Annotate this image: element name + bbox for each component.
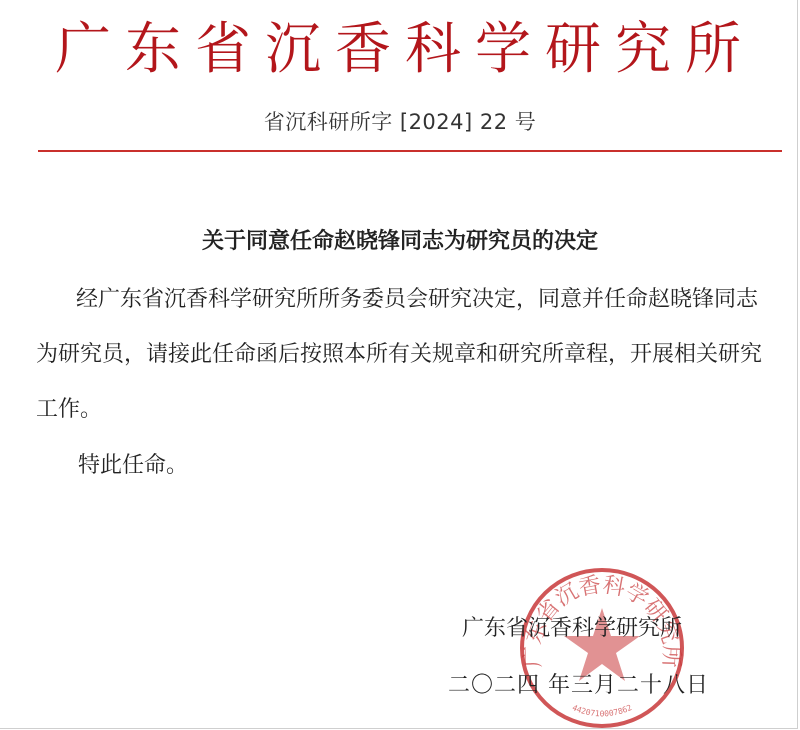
signature-date: 二〇二四 年三月二十八日	[448, 668, 709, 699]
document-number: 省沉科研所字 [2024] 22 号	[0, 106, 800, 136]
signature-organization: 广东省沉香科学研究所	[462, 611, 682, 642]
official-seal-icon: 广东省沉香科学研究所 4420710007862	[512, 560, 692, 730]
svg-text:4420710007862: 4420710007862	[571, 703, 634, 718]
institute-title: 广东省沉香科学研究所	[20, 10, 790, 90]
header-divider	[38, 150, 782, 152]
document-subject: 关于同意任命赵晓锋同志为研究员的决定	[0, 224, 800, 255]
seal-code: 4420710007862	[571, 703, 634, 718]
document-closing: 特此任命。	[78, 448, 188, 479]
document-body: 经广东省沉香科学研究所所务委员会研究决定，同意并任命赵晓锋同志为研究员，请接此任…	[36, 272, 776, 437]
document-page: 广东省沉香科学研究所 省沉科研所字 [2024] 22 号 关于同意任命赵晓锋同…	[0, 0, 798, 729]
